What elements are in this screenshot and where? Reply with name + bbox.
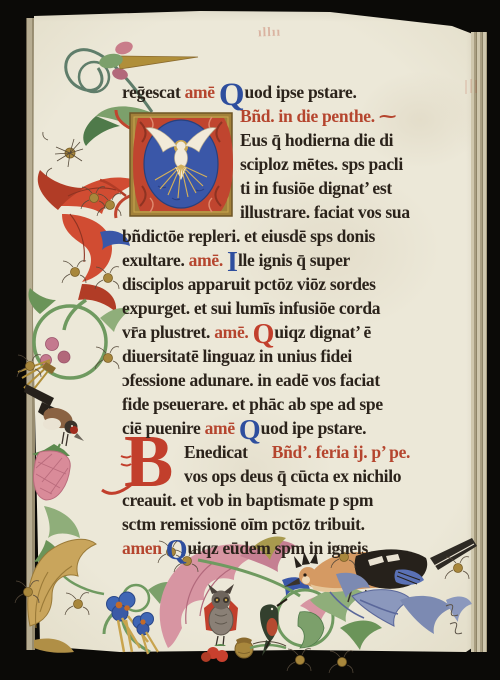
text-run: ti in fusiōe dignat’ est (240, 178, 392, 198)
rubric-run: amē. (214, 322, 252, 342)
text-run: uiqz eūdem spm in igneis (187, 538, 367, 558)
text-line: illustrare. faciat vos sua (122, 200, 468, 224)
text-line: Eus q̄ hodierna die di (122, 128, 468, 152)
text-line: vr̄a plustret. amē. Quiqz dignat’ ē (122, 320, 468, 344)
text-run: uod ipe pstare. (261, 418, 367, 438)
text-run: ciē puenire (122, 418, 205, 438)
text-run: sctm remissionē oīm pctōz tribuit. (122, 514, 365, 534)
text-line: ciē puenire amē Quod ipe pstare. (122, 416, 468, 440)
text-line: exultare. amē. Ille ignis q̄ super (122, 248, 468, 272)
text-run: uod ipse pstare. (245, 82, 357, 102)
text-run: bñdictōe repleri. et eiusdē sps donis (122, 226, 375, 246)
text-run: diuersitatē linguaz in unius fidei (122, 346, 352, 366)
text-run: illustrare. faciat vos sua (240, 202, 410, 222)
text-run: Enedicat (184, 442, 248, 462)
text-block: reḡescat amē Quod ipse pstare. Bñd. in d… (122, 80, 468, 560)
rubric-run: amē (185, 82, 219, 102)
rubric-run: amē (205, 418, 239, 438)
rubric-run: amen (122, 538, 166, 558)
text-line: disciplos apparuit pctōz viōz sordes (122, 272, 468, 296)
text-run: fide pseuerare. et phāc ab spe ad spe (122, 394, 383, 414)
text-line: ɔfessione adunare. in eadē vos faciat (122, 368, 468, 392)
text-run: reḡescat (122, 82, 185, 102)
rubric-run: Bñd’. feria ij. p’ pe. (272, 442, 410, 462)
text-run: vos ops deus q̄ cūcta ex nichilo (184, 466, 401, 486)
text-line: bñdictōe repleri. et eiusdē sps donis (122, 224, 468, 248)
photo-background: B ıllıı reḡescat amē Quod ipse pstare. B… (0, 0, 500, 680)
text-run: exultare. (122, 250, 189, 270)
text-line: sctm remissionē oīm pctōz tribuit. (122, 512, 468, 536)
text-line: reḡescat amē Quod ipse pstare. (122, 80, 468, 104)
text-line: amen Quiqz eūdem spm in igneis (122, 536, 468, 560)
text-run: expurget. et sui lumīs infusiōe corda (122, 298, 380, 318)
text-run: disciplos apparuit pctōz viōz sordes (122, 274, 376, 294)
blue-initial: Q (166, 535, 188, 566)
text-run: vr̄a plustret. (122, 322, 214, 342)
fore-edge-page-edges (471, 32, 487, 652)
rubric-line: Bñd. in die penthe. ⁓ (122, 104, 468, 128)
text-run: sciploz mētes. sps pacli (240, 154, 403, 174)
text-line: EnedicatBñd’. feria ij. p’ pe. (122, 440, 468, 464)
text-line: sciploz mētes. sps pacli (122, 152, 468, 176)
text-run: lle ignis q̄ super (238, 250, 350, 270)
bleedthrough-mark: ıllıı (258, 24, 282, 41)
rubric-run: amē. (189, 250, 227, 270)
text-line: fide pseuerare. et phāc ab spe ad spe (122, 392, 468, 416)
rubric-run: Bñd. in die penthe. ⁓ (240, 106, 396, 126)
text-line: expurget. et sui lumīs infusiōe corda (122, 296, 468, 320)
text-run: ɔfessione adunare. in eadē vos faciat (122, 370, 380, 390)
text-run: uiqz dignat’ ē (274, 322, 371, 342)
text-run: Eus q̄ hodierna die di (240, 130, 393, 150)
text-line: vos ops deus q̄ cūcta ex nichilo (122, 464, 468, 488)
text-run: creauit. et vob in baptismate p spm (122, 490, 373, 510)
text-line: creauit. et vob in baptismate p spm (122, 488, 468, 512)
text-line: ti in fusiōe dignat’ est (122, 176, 468, 200)
text-line: diuersitatē linguaz in unius fidei (122, 344, 468, 368)
